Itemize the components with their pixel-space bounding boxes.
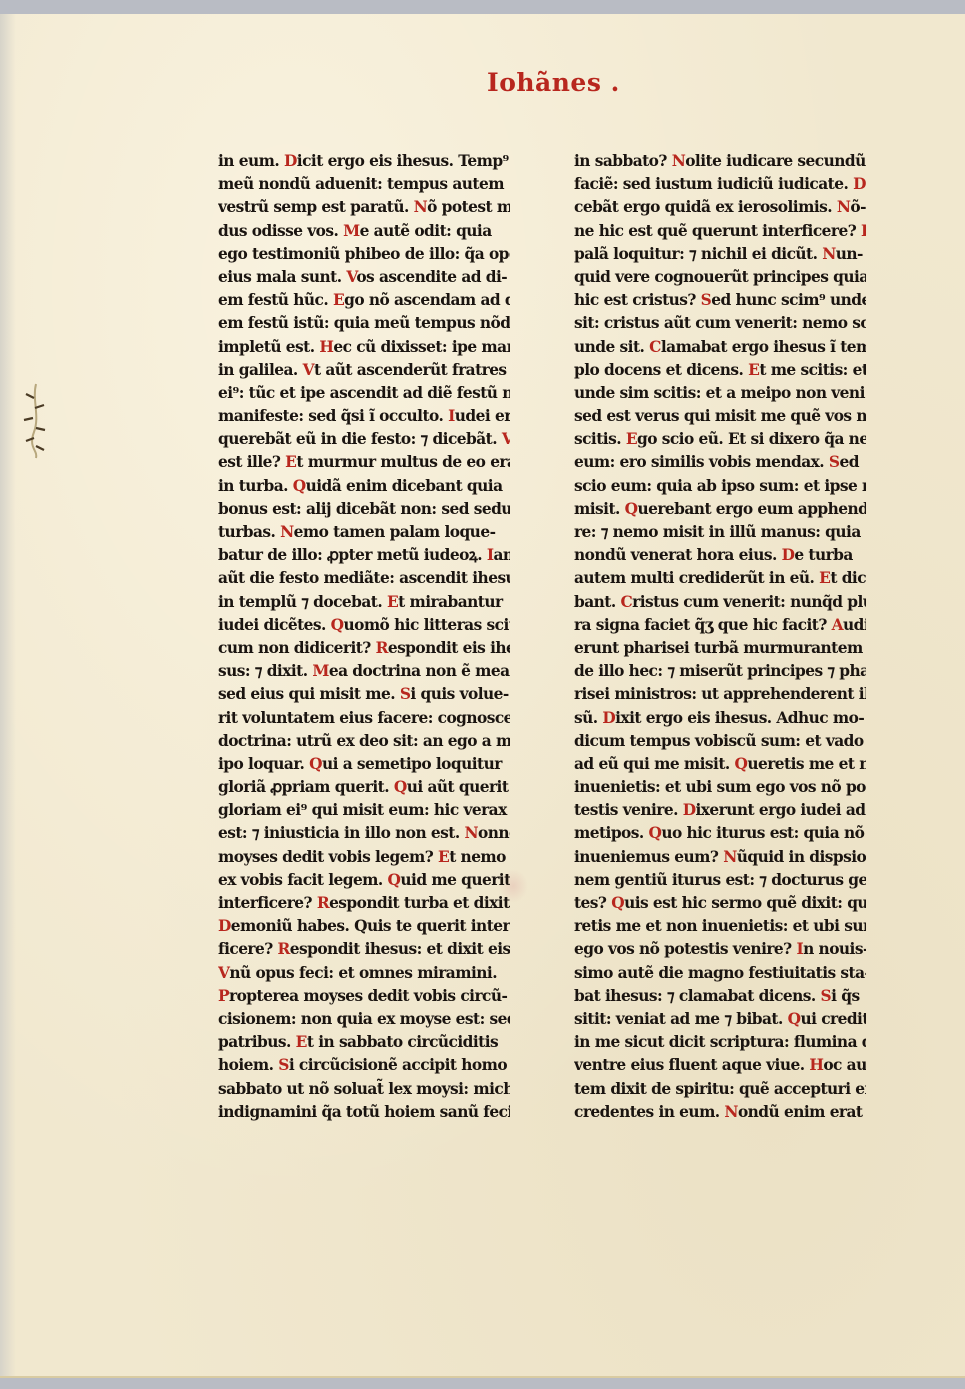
- rubricated-initial: N: [723, 848, 737, 866]
- rubricated-initial: A: [832, 616, 843, 634]
- line-text: ũquid in dispsio-: [737, 848, 866, 866]
- line-text: ec cũ dixisset: ipe mansit: [333, 338, 510, 356]
- rubricated-initial: D: [782, 546, 795, 564]
- line-text: icit ergo eis ihesus. Temp⁹: [297, 152, 509, 170]
- text-line: bant. Cristus cum venerit: nunq̃d plu-: [574, 591, 866, 614]
- line-text: emoniũ habes. Quis te querit inter-: [231, 917, 510, 935]
- text-line: faciẽ: sed iustum iudiciũ iudicate. Di-: [574, 173, 866, 196]
- text-line: scitis. Ego scio eũ. Et si dixero q̃a ne…: [574, 428, 866, 451]
- line-text: i circũcisionẽ accipit homo ĩ: [289, 1056, 510, 1074]
- text-line: patribus. Et in sabbato circũciditis: [218, 1031, 510, 1054]
- line-text: patribus.: [218, 1033, 296, 1051]
- line-text: ed: [839, 453, 858, 471]
- text-line: sit: cristus aũt cum venerit: nemo scit: [574, 312, 866, 335]
- line-text: cebãt ergo quidã ex ierosolimis.: [574, 198, 837, 216]
- line-text: quid vere cognouerũt principes quia: [574, 268, 866, 286]
- rubricated-initial: E: [748, 361, 759, 379]
- line-text: t in sabbato circũciditis: [307, 1033, 498, 1051]
- line-text: autem multi crediderũt in eũ.: [574, 569, 819, 587]
- line-text: t nemo: [449, 848, 506, 866]
- rubricated-initial: D: [284, 152, 297, 170]
- line-text: simo autẽ die magno festiuitatis sta-: [574, 964, 866, 982]
- rubricated-initial: E: [333, 291, 344, 309]
- line-text: sabbato ut nõ soluat̃ lex moysi: michi: [218, 1080, 510, 1098]
- text-line: sũ. Dixit ergo eis ihesus. Adhuc mo-: [574, 707, 866, 730]
- text-line: cum non didicerit? Respondit eis ihe-: [218, 637, 510, 660]
- text-line: sitit: veniat ad me ⁊ bibat. Qui credit: [574, 1008, 866, 1031]
- line-text: oc au-: [823, 1056, 866, 1074]
- text-line: metipos. Quo hic iturus est: quia nõ: [574, 822, 866, 845]
- line-text: de illo hec: ⁊ miserũt principes ⁊ pha-: [574, 662, 866, 680]
- text-line: impletũ est. Hec cũ dixisset: ipe mansit: [218, 336, 510, 359]
- line-text: faciẽ: sed iustum iudiciũ iudicate.: [574, 175, 853, 193]
- text-line: est: ⁊ iniusticia in illo non est. Nonne: [218, 822, 510, 845]
- text-line: dus odisse vos. Me autẽ odit: quia: [218, 220, 510, 243]
- line-text: ego testimoniũ phibeo de illo: q̃a opera: [218, 245, 510, 263]
- line-text: inueniemus eum?: [574, 848, 723, 866]
- line-text: vestrũ semp est paratũ.: [218, 198, 414, 216]
- rubricated-initial: H: [809, 1056, 823, 1074]
- line-text: õ-: [850, 198, 866, 216]
- text-line: ne hic est quẽ querunt interficere? Ecce: [574, 220, 866, 243]
- line-text: un-: [836, 245, 863, 263]
- line-text: lamabat ergo ihesus ĩ tem-: [661, 338, 866, 356]
- line-text: uomõ hic litteras scit: [343, 616, 510, 634]
- line-text: meũ nondũ aduenit: tempus autem: [218, 175, 504, 193]
- text-line: ei⁹: tũc et ipe ascendit ad diẽ festũ no…: [218, 382, 510, 405]
- rubricated-initial: S: [701, 291, 712, 309]
- rubricated-initial: Q: [625, 500, 638, 518]
- text-line: erunt pharisei turbã murmurantem: [574, 637, 866, 660]
- line-text: iudei dicẽtes.: [218, 616, 331, 634]
- text-line: Demoniũ habes. Quis te querit inter-: [218, 915, 510, 938]
- text-line: hoiem. Si circũcisionẽ accipit homo ĩ: [218, 1054, 510, 1077]
- line-text: tem dixit de spiritu: quẽ accepturi erãt: [574, 1080, 866, 1098]
- line-text: t me scitis: et: [759, 361, 866, 379]
- line-text: õ potest mũ-: [427, 198, 510, 216]
- rubricated-initial: V: [303, 361, 314, 379]
- line-text: ui a semetipo loquitur: [322, 755, 502, 773]
- text-line: bonus est: alij dicebãt non: sed seducit: [218, 498, 510, 521]
- text-line: em festũ istũ: quia meũ tempus nõdũ: [218, 312, 510, 335]
- gutter-shadow: [0, 14, 16, 1376]
- line-text: unde sit.: [574, 338, 649, 356]
- line-text: t mirabantur: [398, 593, 502, 611]
- rubricated-initial: S: [829, 453, 840, 471]
- line-text: ei⁹: tũc et ipe ascendit ad diẽ festũ no…: [218, 384, 510, 402]
- line-text: ea doctrina non ẽ mea:: [329, 662, 510, 680]
- line-text: ui credit: [800, 1010, 866, 1028]
- line-text: go scio eũ. Et si dixero q̃a nescio: [637, 430, 866, 448]
- line-text: credentes in eum.: [574, 1103, 724, 1121]
- line-text: hic est cristus?: [574, 291, 701, 309]
- text-line: ex vobis facit legem. Quid me queritis: [218, 869, 510, 892]
- line-text: rit voluntatem eius facere: cognoscet de: [218, 709, 510, 727]
- rubricated-initial: N: [464, 824, 478, 842]
- text-line: tes? Quis est hic sermo quẽ dixit: que-: [574, 892, 866, 915]
- line-text: sit: cristus aũt cum venerit: nemo scit: [574, 314, 866, 332]
- line-text: in turba.: [218, 477, 293, 495]
- rubricated-initial: D: [683, 801, 696, 819]
- rubricated-initial: P: [218, 987, 229, 1005]
- text-column-right: in sabbato? Nolite iudicare secundũfaciẽ…: [574, 150, 866, 1124]
- line-text: scitis.: [574, 430, 626, 448]
- text-column-left: in eum. Dicit ergo eis ihesus. Temp⁹meũ …: [218, 150, 510, 1124]
- text-line: simo autẽ die magno festiuitatis sta-: [574, 962, 866, 985]
- rubricated-initial: V: [346, 268, 356, 286]
- line-text: ne hic est quẽ querunt interficere?: [574, 222, 861, 240]
- text-line: manifeste: sed q̃si ĩ occulto. Iudei erg…: [218, 405, 510, 428]
- line-text: nũ opus feci: et omnes miramini.: [229, 964, 497, 982]
- text-line: retis me et non inuenietis: et ubi sum: [574, 915, 866, 938]
- line-text: in galilea.: [218, 361, 303, 379]
- rubricated-initial: E: [296, 1033, 307, 1051]
- line-text: doctrina: utrũ ex deo sit: an ego a me-: [218, 732, 510, 750]
- line-text: gloriã ꝓpriam querit.: [218, 778, 394, 796]
- text-line: vestrũ semp est paratũ. Nõ potest mũ-: [218, 196, 510, 219]
- text-line: sus: ⁊ dixit. Mea doctrina non ẽ mea:: [218, 660, 510, 683]
- rubricated-initial: R: [317, 894, 329, 912]
- line-text: ego vos nõ potestis venire?: [574, 940, 796, 958]
- line-text: turbas.: [218, 523, 280, 541]
- rubricated-initial: C: [649, 338, 661, 356]
- line-text: bant.: [574, 593, 620, 611]
- line-text: i quis volue-: [410, 685, 508, 703]
- rubricated-initial: E: [387, 593, 398, 611]
- rubricated-initial: Q: [388, 871, 401, 889]
- line-text: go nõ ascendam ad di-: [344, 291, 510, 309]
- rubricated-initial: R: [278, 940, 290, 958]
- line-text: ficere?: [218, 940, 278, 958]
- line-text: uis est hic sermo quẽ dixit: que-: [624, 894, 866, 912]
- rubricated-initial: Q: [735, 755, 748, 773]
- rubricated-initial: C: [620, 593, 632, 611]
- line-text: espondit ihesus: et dixit eis.: [290, 940, 510, 958]
- line-text: ipo loquar.: [218, 755, 309, 773]
- text-line: in sabbato? Nolite iudicare secundũ: [574, 150, 866, 173]
- line-text: nondũ venerat hora eius.: [574, 546, 782, 564]
- line-text: ed hunc scim⁹ unde: [711, 291, 866, 309]
- rubricated-initial: E: [626, 430, 637, 448]
- text-line: unde sit. Clamabat ergo ihesus ĩ tem-: [574, 336, 866, 359]
- line-text: espondit turba et dixit.: [329, 894, 510, 912]
- rubricated-initial: Q: [611, 894, 624, 912]
- line-text: ex vobis facit legem.: [218, 871, 388, 889]
- text-line: ego testimoniũ phibeo de illo: q̃a opera: [218, 243, 510, 266]
- line-text: gloriam ei⁹ qui misit eum: hic verax: [218, 801, 507, 819]
- line-text: misit.: [574, 500, 625, 518]
- line-text: ueretis me et nõ: [747, 755, 866, 773]
- text-line: credentes in eum. Nondũ enim erat: [574, 1101, 866, 1124]
- line-text: sed est verus qui misit me quẽ vos ne-: [574, 407, 866, 425]
- text-line: eius mala sunt. Vos ascendite ad di-: [218, 266, 510, 289]
- rubricated-initial: D: [853, 175, 866, 193]
- line-text: ventre eius fluent aque viue.: [574, 1056, 809, 1074]
- text-line: inuenietis: et ubi sum ego vos nõ po-: [574, 776, 866, 799]
- line-text: em festũ istũ: quia meũ tempus nõdũ: [218, 314, 510, 332]
- line-text: metipos.: [574, 824, 649, 842]
- line-text: in eum.: [218, 152, 284, 170]
- line-text: uerebant ergo eum apphende-: [637, 500, 866, 518]
- text-line: ventre eius fluent aque viue. Hoc au-: [574, 1054, 866, 1077]
- line-text: risei ministros: ut apprehenderent ihe-: [574, 685, 866, 703]
- line-text: ristus cum venerit: nunq̃d plu-: [632, 593, 866, 611]
- text-line: Propterea moyses dedit vobis circũ-: [218, 985, 510, 1008]
- line-text: ixit ergo eis ihesus. Adhuc mo-: [615, 709, 864, 727]
- marginal-sprig-icon: [14, 380, 54, 460]
- text-line: risei ministros: ut apprehenderent ihe-: [574, 683, 866, 706]
- text-line: re: ⁊ nemo misit in illũ manus: quia: [574, 521, 866, 544]
- rubricated-initial: Q: [309, 755, 322, 773]
- line-text: os ascendite ad di-: [356, 268, 507, 286]
- text-line: est ille? Et murmur multus de eo erat: [218, 451, 510, 474]
- line-text: sũ.: [574, 709, 602, 727]
- rubricated-initial: N: [822, 245, 836, 263]
- rubricated-initial: N: [837, 198, 851, 216]
- line-text: sus: ⁊ dixit.: [218, 662, 312, 680]
- line-text: nem gentiũ iturus est: ⁊ docturus gen-: [574, 871, 866, 889]
- text-line: in me sicut dicit scriptura: flumina de: [574, 1031, 866, 1054]
- line-text: hoiem.: [218, 1056, 278, 1074]
- line-text: impletũ est.: [218, 338, 319, 356]
- text-line: indignamini q̃a totũ hoiem sanũ feci: [218, 1101, 510, 1124]
- manuscript-page: Iohãnes . in eum. Dicit ergo eis ihesus.…: [0, 14, 965, 1378]
- line-text: t dice-: [830, 569, 866, 587]
- line-text: udi-: [843, 616, 866, 634]
- rubricated-initial: D: [218, 917, 231, 935]
- rubricated-initial: I: [448, 407, 455, 425]
- text-line: ficere? Respondit ihesus: et dixit eis.: [218, 938, 510, 961]
- line-text: eum: ero similis vobis mendax.: [574, 453, 829, 471]
- text-line: ra signa faciet q̃ʒ que hic facit? Audi-: [574, 614, 866, 637]
- text-line: in galilea. Vt aũt ascenderũt fratres: [218, 359, 510, 382]
- text-line: de illo hec: ⁊ miserũt principes ⁊ pha-: [574, 660, 866, 683]
- rubricated-initial: S: [821, 987, 832, 1005]
- line-text: am: [493, 546, 510, 564]
- rubricated-initial: V: [218, 964, 229, 982]
- line-text: bat ihesus: ⁊ clamabat dicens.: [574, 987, 821, 1005]
- text-line: gloriam ei⁹ qui misit eum: hic verax: [218, 799, 510, 822]
- text-line: cebãt ergo quidã ex ierosolimis. Nõ-: [574, 196, 866, 219]
- line-text: est ille?: [218, 453, 285, 471]
- rubricated-initial: N: [414, 198, 428, 216]
- line-text: moyses dedit vobis legem?: [218, 848, 438, 866]
- line-text: udei ergo: [455, 407, 510, 425]
- rubricated-initial: E: [285, 453, 296, 471]
- rubricated-initial: S: [400, 685, 411, 703]
- text-line: eum: ero similis vobis mendax. Sed: [574, 451, 866, 474]
- line-text: ondũ enim erat: [738, 1103, 863, 1121]
- text-line: plo docens et dicens. Et me scitis: et: [574, 359, 866, 382]
- rubricated-initial: D: [602, 709, 615, 727]
- text-line: tem dixit de spiritu: quẽ accepturi erãt: [574, 1078, 866, 1101]
- text-line: interficere? Respondit turba et dixit.: [218, 892, 510, 915]
- line-text: em festũ hũc.: [218, 291, 333, 309]
- rubricated-initial: S: [278, 1056, 289, 1074]
- rubricated-initial: N: [724, 1103, 738, 1121]
- line-text: ra signa faciet q̃ʒ que hic facit?: [574, 616, 832, 634]
- text-line: ego vos nõ potestis venire? In nouis-: [574, 938, 866, 961]
- text-line: scio eum: quia ab ipso sum: et ipse me: [574, 475, 866, 498]
- line-text: re: ⁊ nemo misit in illũ manus: quia: [574, 523, 861, 541]
- text-line: in eum. Dicit ergo eis ihesus. Temp⁹: [218, 150, 510, 173]
- text-line: batur de illo: ꝓpter metũ iudeoꝝ. Iam: [218, 544, 510, 567]
- rubricated-initial: Q: [293, 477, 306, 495]
- line-text: emo tamen palam loque-: [294, 523, 496, 541]
- rubricated-initial: E: [819, 569, 830, 587]
- rubricated-initial: M: [343, 222, 360, 240]
- line-text: in templũ ⁊ docebat.: [218, 593, 387, 611]
- line-text: e turba: [794, 546, 852, 564]
- text-line: nondũ venerat hora eius. De turba: [574, 544, 866, 567]
- line-text: dicum tempus vobiscũ sum: et vado: [574, 732, 864, 750]
- line-text: cisionem: non quia ex moyse est: sed ex: [218, 1010, 510, 1028]
- line-text: ixerunt ergo iudei ad se-: [695, 801, 866, 819]
- text-line: hic est cristus? Sed hunc scim⁹ unde: [574, 289, 866, 312]
- line-text: in me sicut dicit scriptura: flumina de: [574, 1033, 866, 1051]
- line-text: espondit eis ihe-: [388, 639, 510, 657]
- line-text: i q̃s: [831, 987, 859, 1005]
- line-text: uid me queritis: [400, 871, 510, 889]
- text-line: ipo loquar. Qui a semetipo loquitur: [218, 753, 510, 776]
- text-line: dicum tempus vobiscũ sum: et vado: [574, 730, 866, 753]
- line-text: retis me et non inuenietis: et ubi sum: [574, 917, 866, 935]
- line-text: e autẽ odit: quia: [360, 222, 492, 240]
- text-line: aũt die festo mediãte: ascendit ihesus: [218, 567, 510, 590]
- text-line: sabbato ut nõ soluat̃ lex moysi: michi: [218, 1078, 510, 1101]
- rubricated-initial: Q: [649, 824, 662, 842]
- line-text: t murmur multus de eo erat: [296, 453, 510, 471]
- text-line: testis venire. Dixerunt ergo iudei ad se…: [574, 799, 866, 822]
- rubricated-initial: V: [502, 430, 510, 448]
- rubricated-initial: H: [319, 338, 333, 356]
- line-text: aũt die festo mediãte: ascendit ihesus: [218, 569, 510, 587]
- line-text: palã loquitur: ⁊ nichil ei dicũt.: [574, 245, 822, 263]
- line-text: indignamini q̃a totũ hoiem sanũ feci: [218, 1103, 510, 1121]
- text-line: ad eũ qui me misit. Queretis me et nõ: [574, 753, 866, 776]
- rubricated-initial: Q: [394, 778, 407, 796]
- line-text: t aũt ascenderũt fratres: [314, 361, 507, 379]
- rubricated-initial: E: [861, 222, 866, 240]
- text-line: in templũ ⁊ docebat. Et mirabantur: [218, 591, 510, 614]
- line-text: erunt pharisei turbã murmurantem: [574, 639, 863, 657]
- line-text: ad eũ qui me misit.: [574, 755, 735, 773]
- text-line: sed eius qui misit me. Si quis volue-: [218, 683, 510, 706]
- line-text: interficere?: [218, 894, 317, 912]
- text-line: autem multi crediderũt in eũ. Et dice-: [574, 567, 866, 590]
- line-text: manifeste: sed q̃si ĩ occulto.: [218, 407, 448, 425]
- line-text: dus odisse vos.: [218, 222, 343, 240]
- rubricated-initial: N: [280, 523, 294, 541]
- line-text: in sabbato?: [574, 152, 672, 170]
- text-line: sed est verus qui misit me quẽ vos ne-: [574, 405, 866, 428]
- text-line: rit voluntatem eius facere: cognoscet de: [218, 707, 510, 730]
- line-text: querebãt eũ in die festo: ⁊ dicebãt.: [218, 430, 502, 448]
- text-line: turbas. Nemo tamen palam loque-: [218, 521, 510, 544]
- rubricated-initial: N: [672, 152, 686, 170]
- line-text: scio eum: quia ab ipso sum: et ipse me: [574, 477, 866, 495]
- line-text: unde sim scitis: et a meipo non veni:: [574, 384, 866, 402]
- line-text: olite iudicare secundũ: [685, 152, 866, 170]
- line-text: ropterea moyses dedit vobis circũ-: [229, 987, 507, 1005]
- text-line: misit. Querebant ergo eum apphende-: [574, 498, 866, 521]
- line-text: sitit: veniat ad me ⁊ bibat.: [574, 1010, 788, 1028]
- line-text: sed eius qui misit me.: [218, 685, 400, 703]
- line-text: cum non didicerit?: [218, 639, 376, 657]
- line-text: onne: [478, 824, 510, 842]
- text-line: iudei dicẽtes. Quomõ hic litteras scit: [218, 614, 510, 637]
- line-text: uo hic iturus est: quia nõ: [661, 824, 864, 842]
- rubricated-initial: Q: [788, 1010, 801, 1028]
- rubricated-initial: M: [312, 662, 329, 680]
- text-line: moyses dedit vobis legem? Et nemo: [218, 846, 510, 869]
- text-line: inueniemus eum? Nũquid in dispsio-: [574, 846, 866, 869]
- text-line: doctrina: utrũ ex deo sit: an ego a me-: [218, 730, 510, 753]
- text-line: cisionem: non quia ex moyse est: sed ex: [218, 1008, 510, 1031]
- text-line: quid vere cognouerũt principes quia: [574, 266, 866, 289]
- text-line: meũ nondũ aduenit: tempus autem: [218, 173, 510, 196]
- text-line: em festũ hũc. Ego nõ ascendam ad di-: [218, 289, 510, 312]
- line-text: uidã enim dicebant quia: [306, 477, 503, 495]
- line-text: batur de illo: ꝓpter metũ iudeoꝝ.: [218, 546, 487, 564]
- rubricated-initial: R: [376, 639, 388, 657]
- line-text: eius mala sunt.: [218, 268, 346, 286]
- text-line: in turba. Quidã enim dicebant quia: [218, 475, 510, 498]
- line-text: n nouis-: [803, 940, 866, 958]
- text-line: palã loquitur: ⁊ nichil ei dicũt. Nun-: [574, 243, 866, 266]
- line-text: tes?: [574, 894, 611, 912]
- text-line: unde sim scitis: et a meipo non veni:: [574, 382, 866, 405]
- text-line: bat ihesus: ⁊ clamabat dicens. Si q̃s: [574, 985, 866, 1008]
- running-head: Iohãnes .: [487, 68, 620, 97]
- line-text: bonus est: alij dicebãt non: sed seducit: [218, 500, 510, 518]
- rubricated-initial: E: [438, 848, 449, 866]
- line-text: plo docens et dicens.: [574, 361, 748, 379]
- line-text: testis venire.: [574, 801, 683, 819]
- text-line: querebãt eũ in die festo: ⁊ dicebãt. Vbi: [218, 428, 510, 451]
- text-line: nem gentiũ iturus est: ⁊ docturus gen-: [574, 869, 866, 892]
- line-text: ui aũt querit: [407, 778, 509, 796]
- text-line: gloriã ꝓpriam querit. Qui aũt querit: [218, 776, 510, 799]
- line-text: est: ⁊ iniusticia in illo non est.: [218, 824, 464, 842]
- text-line: Vnũ opus feci: et omnes miramini.: [218, 962, 510, 985]
- rubricated-initial: Q: [331, 616, 344, 634]
- line-text: inuenietis: et ubi sum ego vos nõ po-: [574, 778, 866, 796]
